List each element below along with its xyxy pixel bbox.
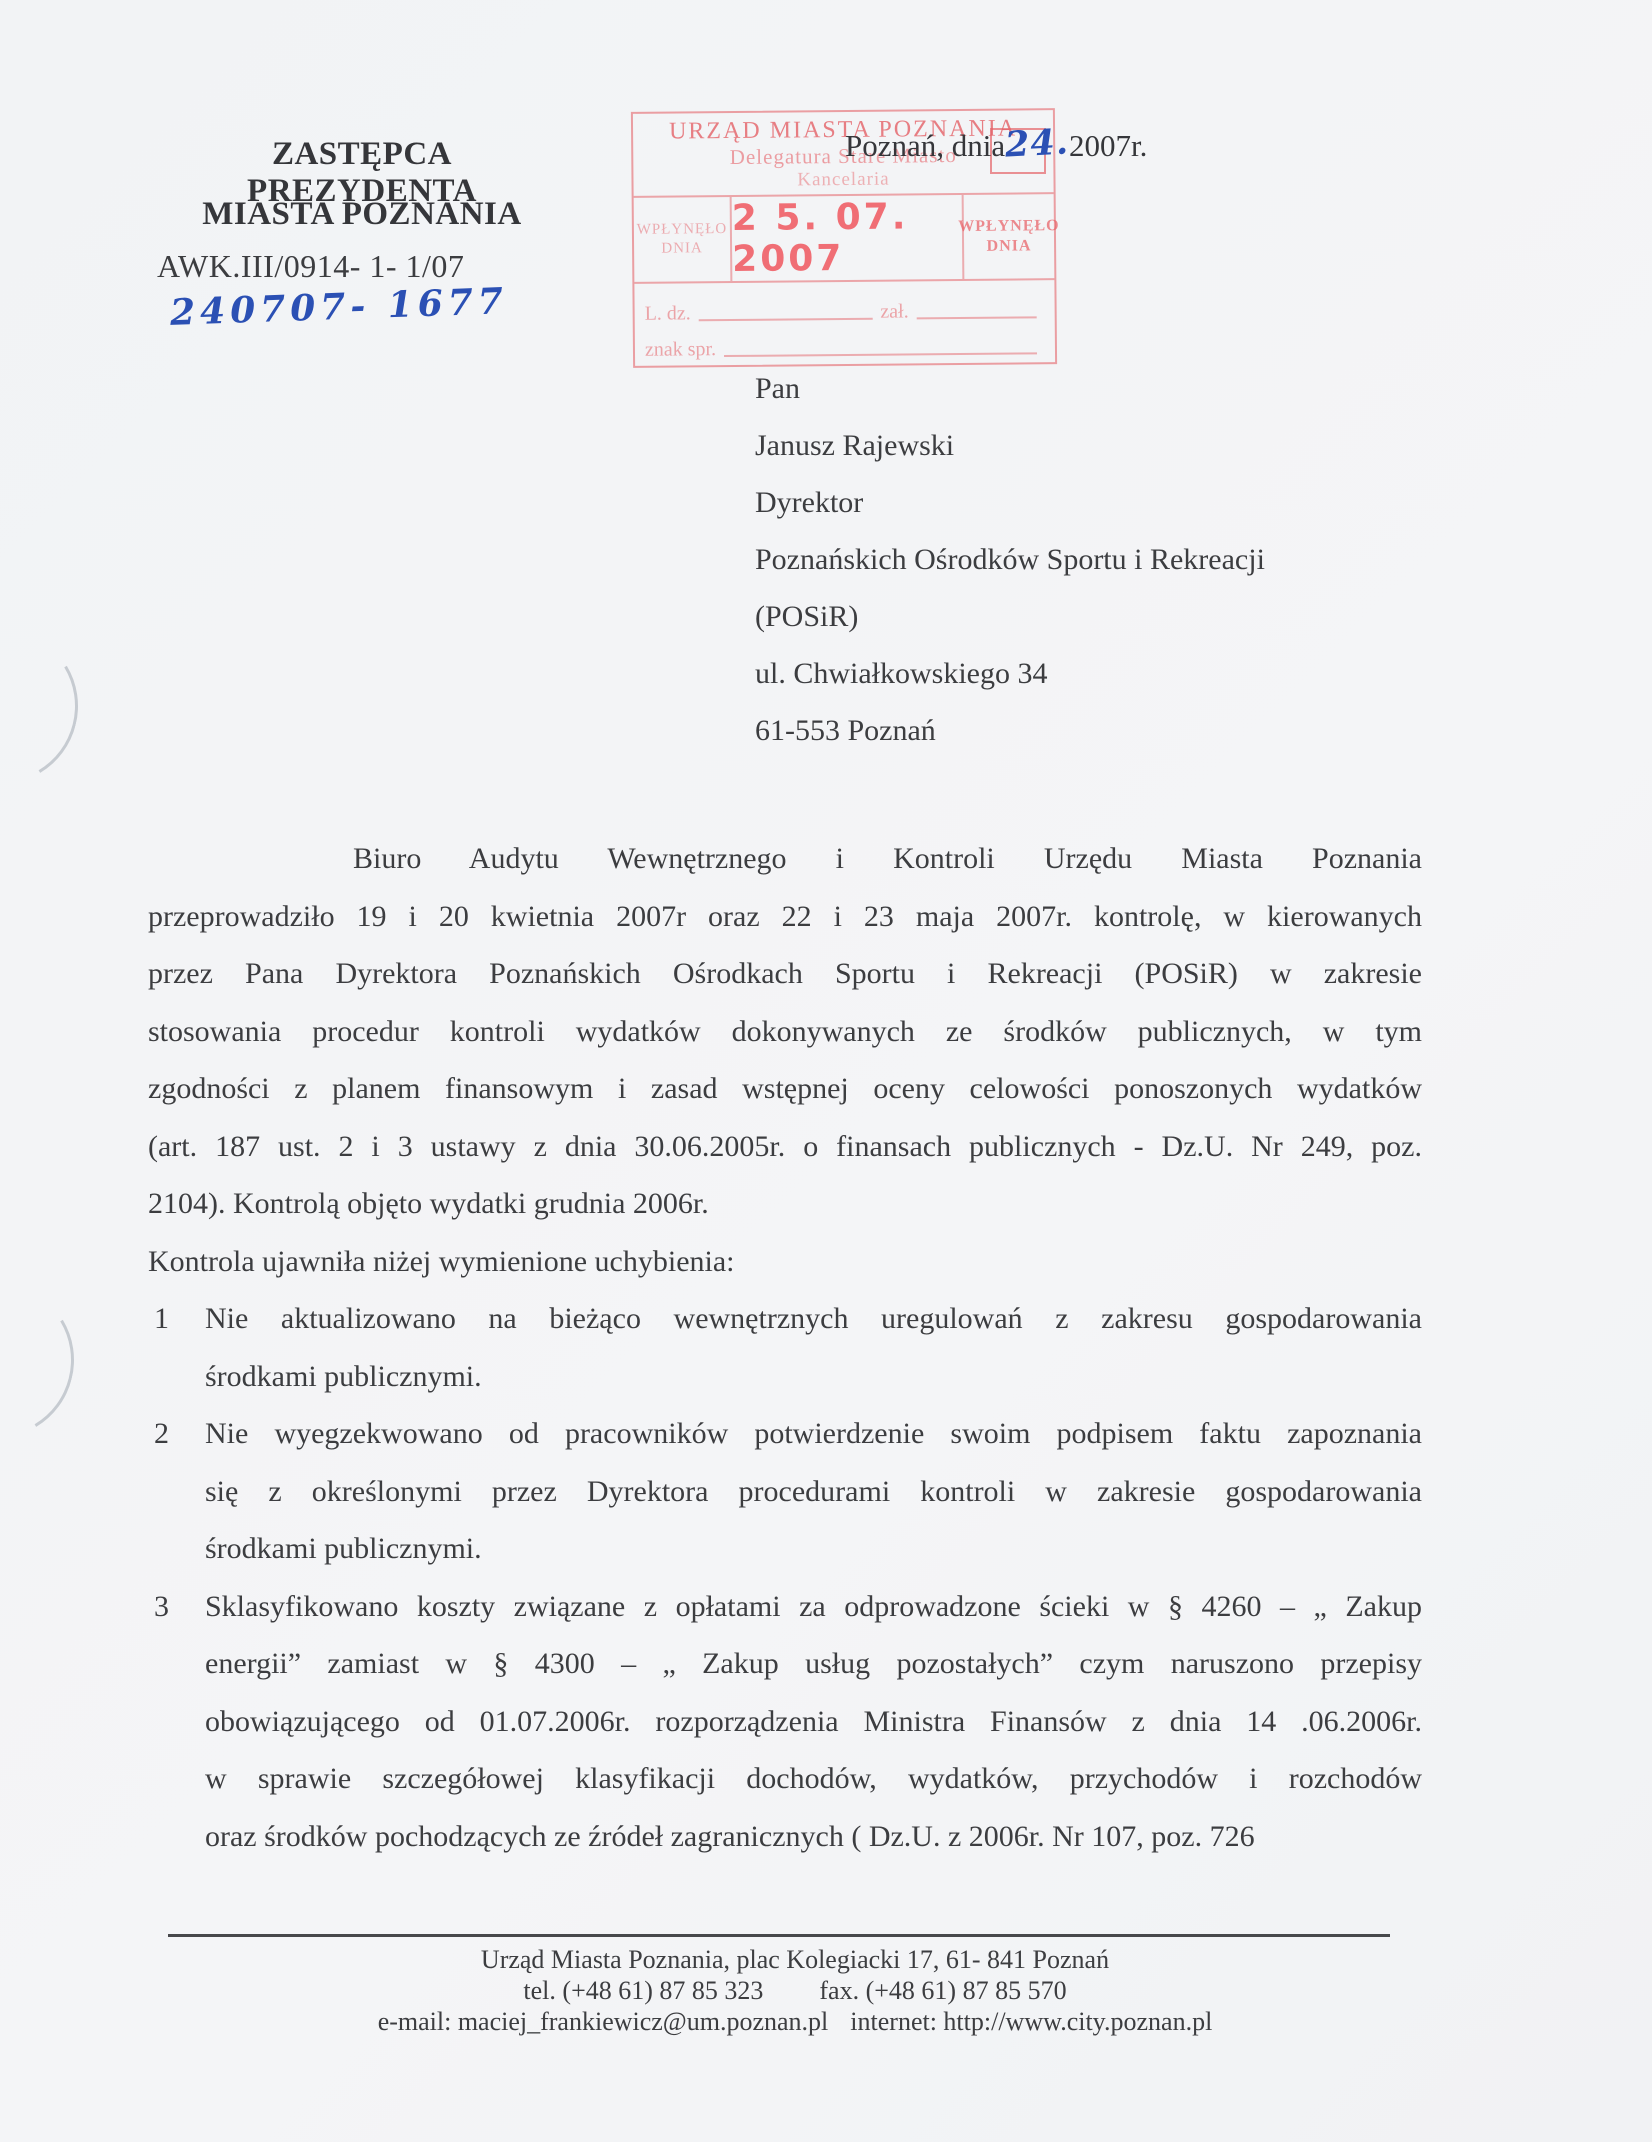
stamp-received-label-left: WPŁYNĘŁO DNIA (634, 197, 733, 282)
body-line: środkami publicznymi. (148, 1520, 1422, 1578)
stamp-bottom-section: L. dz. zał. znak spr. (634, 280, 1055, 366)
list-item-number: 1 (154, 1290, 169, 1348)
list-item-number: 2 (154, 1405, 169, 1463)
body-line: 1 Nie aktualizowano na bieżąco wewnętrzn… (148, 1290, 1422, 1348)
body-line: Kontrola ujawniła niżej wymienione uchyb… (148, 1233, 1422, 1291)
stamp-received-label-right: WPŁYNĘŁO DNIA (962, 194, 1055, 279)
body-line: oraz środków pochodzących ze źródeł zagr… (148, 1808, 1422, 1866)
body-line-text: energii” zamiast w § 4300 – „ Zakup usłu… (205, 1635, 1422, 1693)
body-line: 2 Nie wyegzekwowano od pracowników potwi… (148, 1405, 1422, 1463)
body-line: energii” zamiast w § 4300 – „ Zakup usłu… (148, 1635, 1422, 1693)
date-prefix: Poznań, dnia (845, 128, 1005, 163)
body-line: (art. 187 ust. 2 i 3 ustawy z dnia 30.06… (148, 1118, 1422, 1176)
body-line: w sprawie szczegółowej klasyfikacji doch… (148, 1750, 1422, 1808)
footer-phones: tel. (+48 61) 87 85 323fax. (+48 61) 87 … (130, 1975, 1460, 2006)
sender-title-line2: MIASTA POZNANIA (157, 196, 567, 233)
body-line-text: Sklasyfikowano koszty związane z opłatam… (205, 1578, 1422, 1636)
list-item-number: 3 (154, 1578, 169, 1636)
body-line: 3 Sklasyfikowano koszty związane z opłat… (148, 1578, 1422, 1636)
footer-fax: fax. (+48 61) 87 85 570 (819, 1976, 1066, 2005)
body-line-text: środkami publicznymi. (205, 1348, 1422, 1406)
footer-block: Urząd Miasta Poznania, plac Kolegiacki 1… (130, 1944, 1460, 2037)
body-line-text: Biuro Audytu Wewnętrznego i Kontroli Urz… (353, 830, 1422, 888)
stamp-ldz-label: L. dz. (645, 302, 691, 325)
body-line: Biuro Audytu Wewnętrznego i Kontroli Urz… (148, 830, 1422, 888)
body-line: środkami publicznymi. (148, 1348, 1422, 1406)
body-line-text: się z określonymi przez Dyrektora proced… (205, 1463, 1422, 1521)
recipient-line: ul. Chwiałkowskiego 34 (755, 645, 1265, 702)
body-line-text: oraz środków pochodzących ze źródeł zagr… (205, 1808, 1422, 1866)
footer-email: e-mail: maciej_frankiewicz@um.poznan.pl (378, 2007, 829, 2036)
body-line-text: 2104). Kontrolą objęto wydatki grudnia 2… (148, 1175, 1422, 1233)
handwritten-day: 24. (1004, 121, 1070, 165)
body-line-text: przeprowadziło 19 i 20 kwietnia 2007r or… (148, 888, 1422, 946)
body-line: obowiązującego od 01.07.2006r. rozporząd… (148, 1693, 1422, 1751)
body-line: przez Pana Dyrektora Poznańskich Ośrodka… (148, 945, 1422, 1003)
body-line: zgodności z planem finansowym i zasad ws… (148, 1060, 1422, 1118)
stamp-znak-label: znak spr. (645, 338, 716, 362)
handwritten-reference: 240707- 1677 (169, 280, 508, 334)
stamp-blank-line (917, 315, 1037, 319)
letter-body: Biuro Audytu Wewnętrznego i Kontroli Urz… (148, 830, 1422, 1865)
body-line-text: środkami publicznymi. (205, 1520, 1422, 1578)
date-line: Poznań, dnia24.2007r. (845, 124, 1147, 165)
recipient-line: (POSiR) (755, 588, 1265, 645)
stamp-date-row: WPŁYNĘŁO DNIA 2 5. 07. 2007 WPŁYNĘŁO DNI… (634, 194, 1055, 284)
body-line-text: (art. 187 ust. 2 i 3 ustawy z dnia 30.06… (148, 1118, 1422, 1176)
stamp-zal-label: zał. (880, 300, 909, 323)
body-line-text: przez Pana Dyrektora Poznańskich Ośrodka… (148, 945, 1422, 1003)
body-line-text: Nie aktualizowano na bieżąco wewnętrznyc… (205, 1290, 1422, 1348)
footer-internet: internet: http://www.city.poznan.pl (850, 2007, 1212, 2036)
recipient-line: Poznańskich Ośrodków Sportu i Rekreacji (755, 531, 1265, 588)
recipient-line: 61-553 Poznań (755, 702, 1265, 759)
footer-address: Urząd Miasta Poznania, plac Kolegiacki 1… (130, 1944, 1460, 1975)
body-line: się z określonymi przez Dyrektora proced… (148, 1463, 1422, 1521)
body-line: stosowania procedur kontroli wydatków do… (148, 1003, 1422, 1061)
sender-reference-number: AWK.III/0914- 1- 1/07 (157, 248, 464, 285)
recipient-line: Pan (755, 360, 1265, 417)
body-line-text: Nie wyegzekwowano od pracowników potwier… (205, 1405, 1422, 1463)
body-line-text: Kontrola ujawniła niżej wymienione uchyb… (148, 1233, 1422, 1291)
recipient-block: Pan Janusz Rajewski Dyrektor Poznańskich… (755, 360, 1265, 759)
recipient-line: Janusz Rajewski (755, 417, 1265, 474)
body-line-text: zgodności z planem finansowym i zasad ws… (148, 1060, 1422, 1118)
footer-divider (168, 1934, 1390, 1937)
body-line-text: w sprawie szczegółowej klasyfikacji doch… (205, 1750, 1422, 1808)
body-line: przeprowadziło 19 i 20 kwietnia 2007r or… (148, 888, 1422, 946)
body-line: 2104). Kontrolą objęto wydatki grudnia 2… (148, 1175, 1422, 1233)
stamp-ldz-line: L. dz. zał. (644, 286, 1044, 325)
recipient-line: Dyrektor (755, 474, 1265, 531)
footer-online: e-mail: maciej_frankiewicz@um.poznan.pli… (130, 2006, 1460, 2037)
stamp-blank-line (699, 317, 873, 322)
stamp-znak-line: znak spr. (645, 322, 1045, 361)
stamp-received-date: 2 5. 07. 2007 (732, 195, 963, 281)
body-line-text: stosowania procedur kontroli wydatków do… (148, 1003, 1422, 1061)
footer-tel: tel. (+48 61) 87 85 323 (523, 1976, 763, 2005)
scanned-letter-page: ZASTĘPCA PREZYDENTA MIASTA POZNANIA AWK.… (0, 0, 1652, 2142)
date-year: 2007r. (1069, 128, 1147, 163)
page-curl-artifact (0, 611, 95, 800)
stamp-blank-line (724, 351, 1037, 357)
body-line-text: obowiązującego od 01.07.2006r. rozporząd… (205, 1693, 1422, 1751)
page-curl-artifact (0, 1265, 91, 1454)
